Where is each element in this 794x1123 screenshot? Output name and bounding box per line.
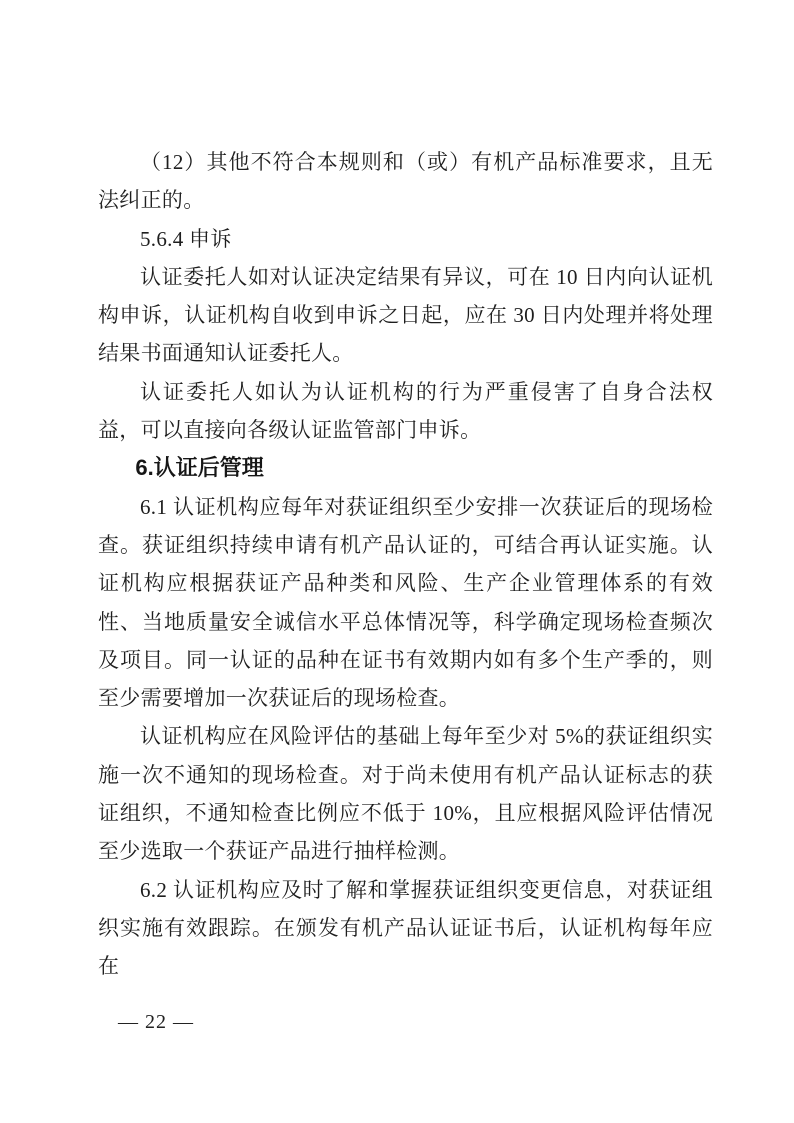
paragraph-appeal-to-cb: 认证委托人如对认证决定结果有异议，可在 10 日内向认证机构申诉，认证机构自收到… bbox=[98, 258, 713, 373]
document-page: （12）其他不符合本规则和（或）有机产品标准要求，且无法纠正的。 5.6.4 申… bbox=[0, 0, 794, 1123]
paragraph-6-1-onsite-inspection: 6.1 认证机构应每年对获证组织至少安排一次获证后的现场检查。获证组织持续申请有… bbox=[98, 488, 713, 718]
document-content: （12）其他不符合本规则和（或）有机产品标准要求，且无法纠正的。 5.6.4 申… bbox=[98, 143, 713, 986]
section-heading-6-post-certification-management: 6.认证后管理 bbox=[98, 449, 713, 487]
paragraph-appeal-to-regulator: 认证委托人如认为认证机构的行为严重侵害了自身合法权益，可以直接向各级认证监管部门… bbox=[98, 373, 713, 450]
paragraph-unannounced-inspection: 认证机构应在风险评估的基础上每年至少对 5%的获证组织实施一次不通知的现场检查。… bbox=[98, 717, 713, 870]
paragraph-item-12: （12）其他不符合本规则和（或）有机产品标准要求，且无法纠正的。 bbox=[98, 143, 713, 220]
paragraph-heading-5-6-4: 5.6.4 申诉 bbox=[98, 220, 713, 258]
paragraph-6-2-change-tracking: 6.2 认证机构应及时了解和掌握获证组织变更信息，对获证组织实施有效跟踪。在颁发… bbox=[98, 871, 713, 986]
page-number: — 22 — bbox=[118, 1008, 194, 1036]
